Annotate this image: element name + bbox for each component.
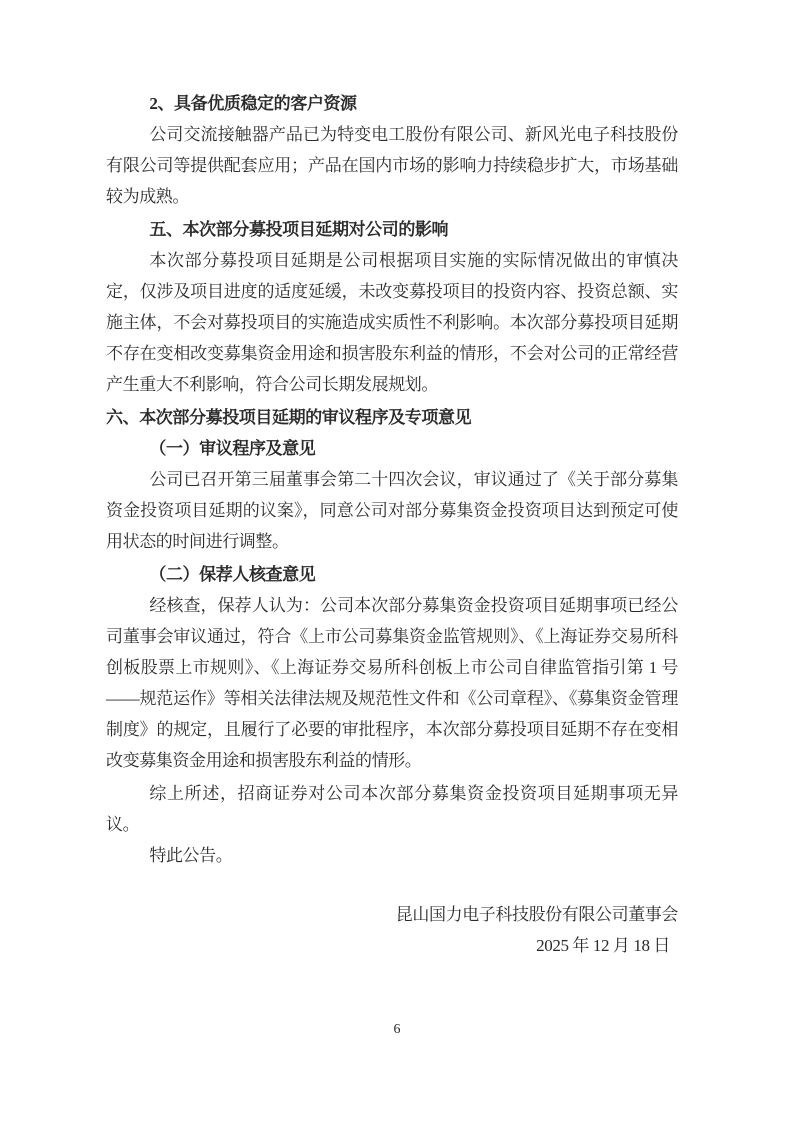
- paragraph-conclusion: 综上所述，招商证券对公司本次部分募集资金投资项目延期事项无异议。: [106, 778, 678, 840]
- subheading-sponsor-opinion: （二）保荐人核查意见: [106, 559, 678, 590]
- paragraph-customer-resources: 公司交流接触器产品已为特变电工股份有限公司、新风光电子科技股份有限公司等提供配套…: [106, 119, 678, 212]
- subheading-customer-resources: 2、具备优质稳定的客户资源: [106, 88, 678, 119]
- document-page: 2、具备优质稳定的客户资源 公司交流接触器产品已为特变电工股份有限公司、新风光电…: [0, 0, 794, 1123]
- signature-block: 昆山国力电子科技股份有限公司董事会 2025 年 12 月 18 日: [106, 899, 678, 961]
- paragraph-announcement-closing: 特此公告。: [106, 840, 678, 871]
- paragraph-review-procedure: 公司已召开第三届董事会第二十四次会议，审议通过了《关于部分募集资金投资项目延期的…: [106, 464, 678, 557]
- signature-date: 2025 年 12 月 18 日: [106, 930, 678, 961]
- heading-section-five-impact: 五、本次部分募投项目延期对公司的影响: [106, 214, 678, 245]
- signature-company: 昆山国力电子科技股份有限公司董事会: [106, 899, 678, 930]
- subheading-review-procedure: （一）审议程序及意见: [106, 433, 678, 464]
- heading-section-six-procedures: 六、本次部分募投项目延期的审议程序及专项意见: [106, 402, 678, 433]
- paragraph-section-five-impact: 本次部分募投项目延期是公司根据项目实施的实际情况做出的审慎决定，仅涉及项目进度的…: [106, 245, 678, 400]
- document-body: 2、具备优质稳定的客户资源 公司交流接触器产品已为特变电工股份有限公司、新风光电…: [106, 88, 678, 961]
- paragraph-sponsor-opinion: 经核查，保荐人认为：公司本次部分募集资金投资项目延期事项已经公司董事会审议通过，…: [106, 590, 678, 776]
- page-number: 6: [0, 1022, 794, 1038]
